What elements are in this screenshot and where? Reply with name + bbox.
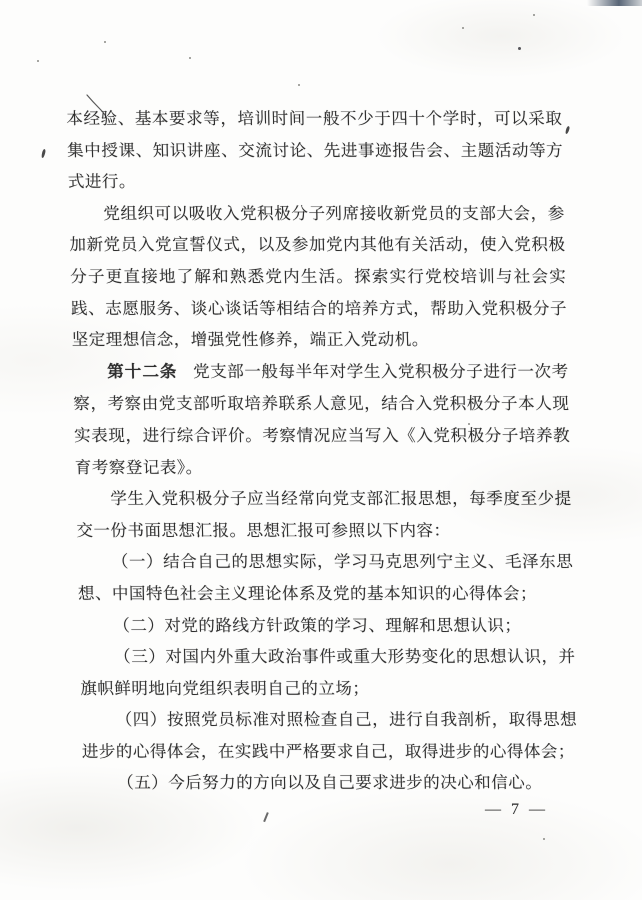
page-number: — 7 — [485,801,548,819]
document-body: 本经验、基本要求等，培训时间一般不少于四十个学时，可以采取集中授课、知识讲座、交… [66,103,579,799]
paragraph-text: （四）按照党员标准对照检查自己，进行自我剖析，取得思想进步的心得体会，在实践中严… [82,710,578,761]
document-paragraph: 党组织可以吸收入党积极分子列席接收新党员的支部大会，参加新党员入党宣誓仪式，以及… [68,198,568,356]
paragraph-text: （二）对党的路线方针政策的学习、理解和思想认识； [113,616,521,635]
scan-speck [37,60,39,62]
paragraph-text: （五）今后努力的方向以及自己要求进步的决心和信心。 [117,773,542,792]
scan-speck [462,27,464,29]
scan-speck [104,41,106,43]
document-paragraph: 本经验、基本要求等，培训时间一般不少于四十个学时，可以采取集中授课、知识讲座、交… [66,103,564,198]
article-number-heading: 第十二条 [107,363,178,381]
scan-speck [298,84,300,86]
paragraph-text: （三）对国内外重大政治事件或重大形势变化的思想认识，并旗帜鲜明地向党组织表明自己… [80,647,576,698]
stray-comma-artifact [565,126,570,135]
paragraph-text: （一）结合自己的思想实际，学习马克思列宁主义、毛泽东思想、中国特色社会主义理论体… [78,552,574,603]
scan-speck [189,57,191,59]
stray-comma-artifact [41,149,46,158]
paragraph-text: 本经验、基本要求等，培训时间一般不少于四十个学时，可以采取集中授课、知识讲座、交… [66,109,563,191]
document-paragraph: 学生入党积极分子应当经常向党支部汇报思想，每季度至少提交一份书面思想汇报。思想汇… [75,483,573,546]
document-paragraph: 第十二条党支部一般每半年对学生入党积极分子进行一次考察，考察由党支部听取培养联系… [72,356,571,483]
paragraph-text: 学生入党积极分子应当经常向党支部汇报思想，每季度至少提交一份书面思想汇报。思想汇… [76,489,572,540]
document-paragraph: （五）今后努力的方向以及自己要求进步的决心和信心。 [82,767,579,799]
scan-speck [533,14,535,16]
document-paragraph: （一）结合自己的思想实际，学习马克思列宁主义、毛泽东思想、中国特色社会主义理论体… [77,546,575,609]
paragraph-text: 党组织可以吸收入党积极分子列席接收新党员的支部大会，参加新党员入党宣誓仪式，以及… [69,204,567,349]
stray-slash-artifact [263,812,268,822]
document-paragraph: （二）对党的路线方针政策的学习、理解和思想认识； [78,610,575,642]
document-paragraph: （四）按照党员标准对照检查自己，进行自我剖析，取得思想进步的心得体会，在实践中严… [81,704,579,767]
scan-speck [543,838,545,840]
scan-corner-smudge [584,0,642,6]
scan-speck [518,47,521,50]
scanned-document-page: 本经验、基本要求等，培训时间一般不少于四十个学时，可以采取集中授课、知识讲座、交… [0,0,642,900]
document-paragraph: （三）对国内外重大政治事件或重大形势变化的思想认识，并旗帜鲜明地向党组织表明自己… [79,641,577,704]
